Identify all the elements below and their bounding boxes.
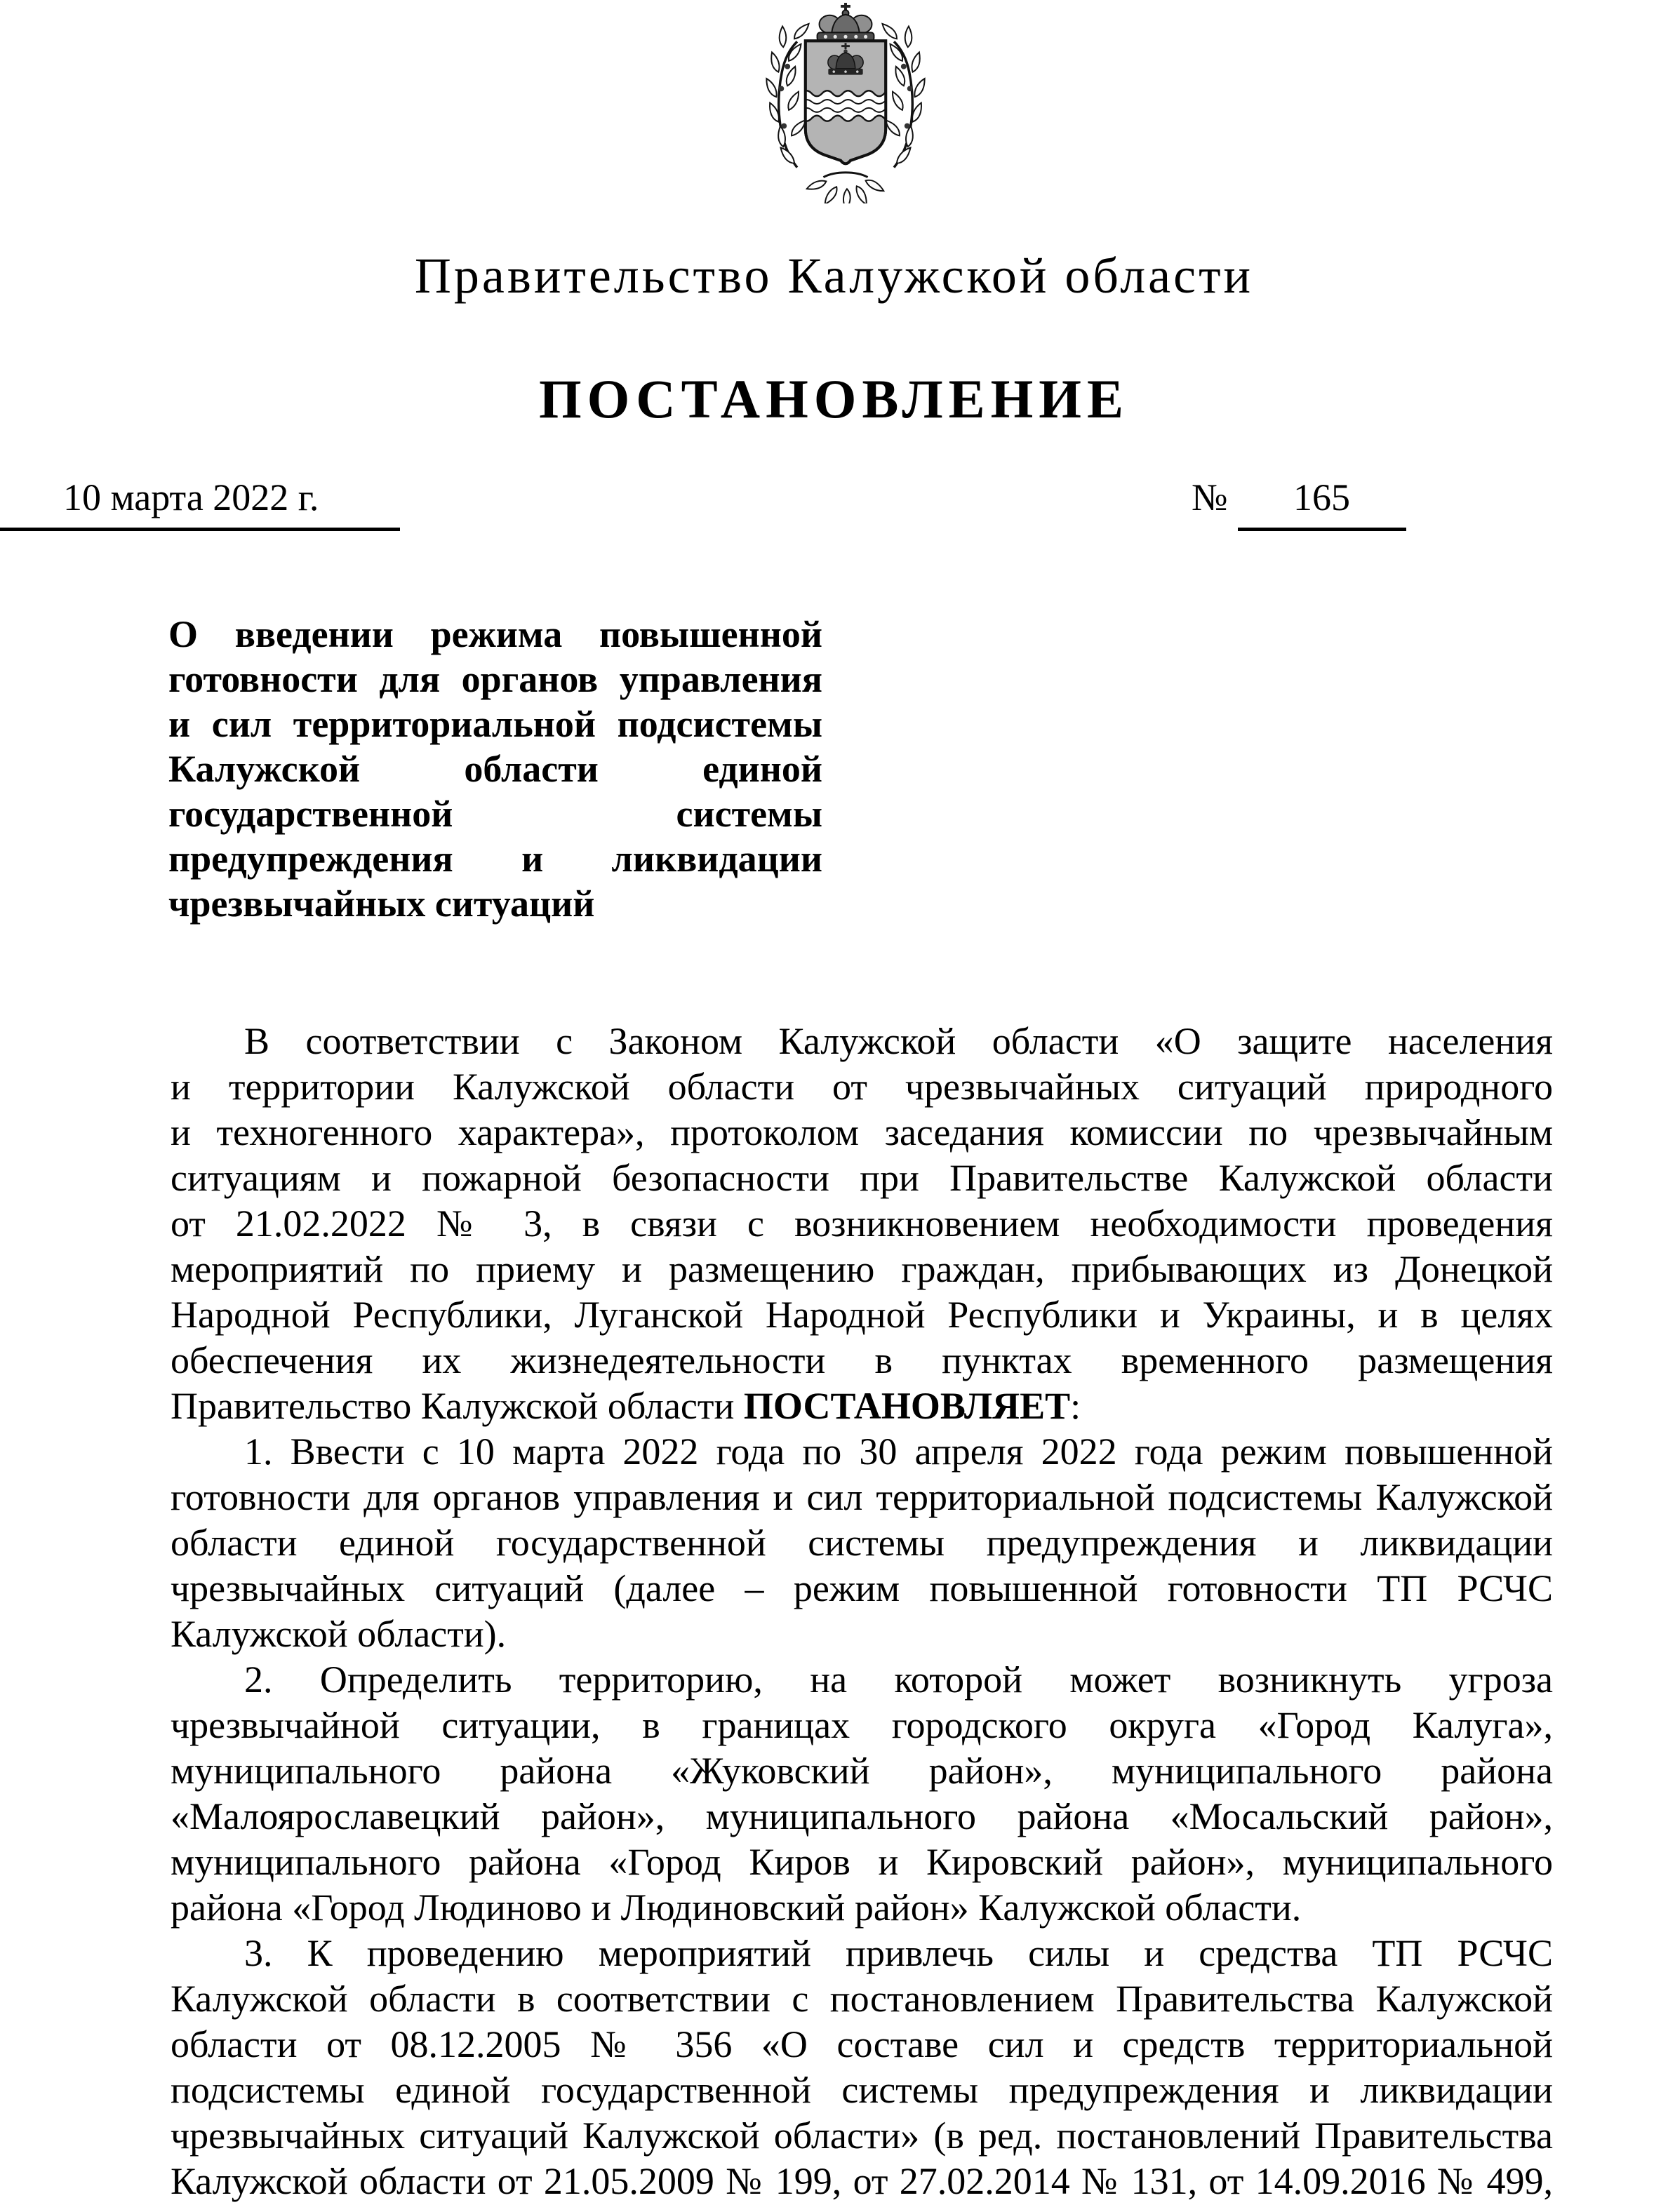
text-line: и техногенного характера», протоколом за… [171, 1110, 1553, 1155]
document-number: 165 [1238, 476, 1406, 531]
decree-page: Правительство Калужской области ПОСТАНОВ… [0, 0, 1668, 2212]
paragraph-item-3: 3. К проведению мероприятий привлечь сил… [171, 1931, 1553, 2204]
organization-name: Правительство Калужской области [0, 247, 1668, 305]
text-line: 3. К проведению мероприятий привлечь сил… [171, 1931, 1553, 1976]
paragraph-item-1: 1. Ввести с 10 марта 2022 года по 30 апр… [171, 1429, 1553, 1657]
title-line: чрезвычайных ситуаций [168, 881, 822, 926]
title-line: Калужской области единой [168, 746, 822, 791]
resolves-word: ПОСТАНОВЛЯЕТ [744, 1385, 1070, 1427]
text-line: и территории Калужской области от чрезвы… [171, 1064, 1553, 1110]
paragraph-item-2: 2. Определить территорию, на которой мож… [171, 1657, 1553, 1931]
text-line: Калужской области). [171, 1611, 1553, 1657]
text-line: области единой государственной системы п… [171, 1520, 1553, 1566]
numero-sign: № [1192, 476, 1228, 518]
text-line: подсистемы единой государственной систем… [171, 2067, 1553, 2113]
document-date: 10 марта 2022 г. [63, 476, 319, 518]
text-line: чрезвычайных ситуаций (далее – режим пов… [171, 1566, 1553, 1611]
paragraph-preamble: В соответствии с Законом Калужской облас… [171, 1019, 1553, 1429]
kaluga-oblast-coat-of-arms-icon [740, 3, 951, 203]
text-line: чрезвычайной ситуации, в границах городс… [171, 1703, 1553, 1748]
text-line: Народной Республики, Луганской Народной … [171, 1292, 1553, 1338]
text-line-resolves: Правительство Калужской области ПОСТАНОВ… [171, 1383, 1553, 1429]
text-line: В соответствии с Законом Калужской облас… [171, 1019, 1553, 1064]
number-field: №165 [1192, 476, 1406, 531]
document-type-title: ПОСТАНОВЛЕНИЕ [0, 368, 1668, 431]
title-line: государственной системы [168, 791, 822, 836]
resolves-suffix: : [1070, 1385, 1081, 1427]
title-line: О введении режима повышенной [168, 612, 822, 657]
text-line: ситуациям и пожарной безопасности при Пр… [171, 1155, 1553, 1201]
text-line: готовности для органов управления и сил … [171, 1475, 1553, 1520]
text-line: 1. Ввести с 10 марта 2022 года по 30 апр… [171, 1429, 1553, 1475]
text-line: 2. Определить территорию, на которой мож… [171, 1657, 1553, 1703]
imperial-crown-icon [818, 3, 874, 41]
title-line: предупреждения и ликвидации [168, 836, 822, 881]
text-line: района «Город Людиново и Людиновский рай… [171, 1885, 1553, 1931]
text-line: чрезвычайных ситуаций Калужской области»… [171, 2113, 1553, 2159]
text-line: обеспечения их жизнедеятельности в пункт… [171, 1338, 1553, 1383]
text-line: муниципального района «Жуковский район»,… [171, 1748, 1553, 1794]
text-line: мероприятий по приему и размещению гражд… [171, 1247, 1553, 1292]
wavy-river-band [801, 91, 895, 121]
text-line: Калужской области от 21.05.2009 № 199, о… [171, 2159, 1553, 2204]
date-field: 10 марта 2022 г. [0, 476, 400, 531]
title-line: и сил территориальной подсистемы [168, 702, 822, 746]
text-line: муниципального района «Город Киров и Кир… [171, 1839, 1553, 1885]
text-line: «Малоярославецкий район», муниципального… [171, 1794, 1553, 1839]
decree-body: В соответствии с Законом Калужской облас… [171, 1019, 1553, 2204]
text-line: Калужской области в соответствии с поста… [171, 1976, 1553, 2022]
resolves-prefix: Правительство Калужской области [171, 1385, 744, 1427]
text-line: от 21.02.2022 № 3, в связи с возникновен… [171, 1201, 1553, 1247]
text-line: области от 08.12.2005 № 356 «О составе с… [171, 2022, 1553, 2067]
decree-title-block: О введении режима повышенной готовности … [168, 612, 822, 926]
title-line: готовности для органов управления [168, 657, 822, 702]
